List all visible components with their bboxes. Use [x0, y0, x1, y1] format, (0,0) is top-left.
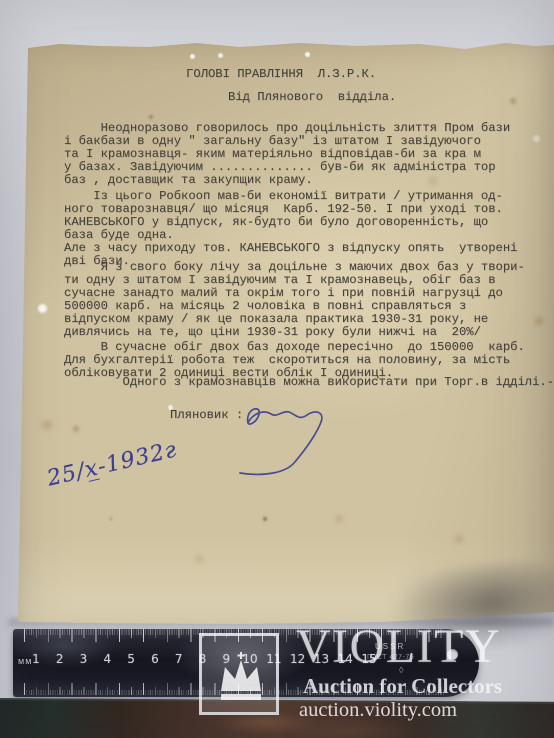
auction-photo-of-document: ГОЛОВІ ПРАВЛІННЯ Л.З.Р.К. Від Плянового …	[0, 0, 554, 738]
document-from-line: Від Плянового відділа.	[228, 91, 396, 104]
watermark-crown-box	[199, 633, 279, 715]
ruler-number: 4	[95, 652, 119, 666]
ruler-number: 1	[24, 652, 48, 666]
document-paragraph-1: Неодноразово говорилось про доцільність …	[64, 122, 510, 187]
ruler-number: 6	[143, 652, 167, 666]
document-paragraph-3: Я з свого боку лічу за доцільне з маючих…	[64, 261, 525, 339]
crown-icon	[215, 651, 267, 701]
ruler-number: 3	[72, 652, 96, 666]
watermark-tagline-text: Auction for Collectors	[303, 674, 502, 699]
handwritten-signature	[232, 397, 352, 482]
ruler-number: 7	[167, 652, 191, 666]
document-recipient-line: ГОЛОВІ ПРАВЛІННЯ Л.З.Р.К.	[186, 68, 376, 81]
paper-white-specks	[0, 0, 5, 5]
document-closing-line: Одного з крамознавців можна використати …	[64, 376, 554, 389]
watermark-url-text: auction.violity.com	[299, 699, 457, 722]
ruler-number: 5	[119, 652, 143, 666]
document-paragraph-2: Із цього Робкооп мав-би економії витрати…	[64, 190, 517, 268]
watermark-brand-text: VIOLITY	[296, 623, 501, 671]
ruler-number: 2	[48, 652, 72, 666]
